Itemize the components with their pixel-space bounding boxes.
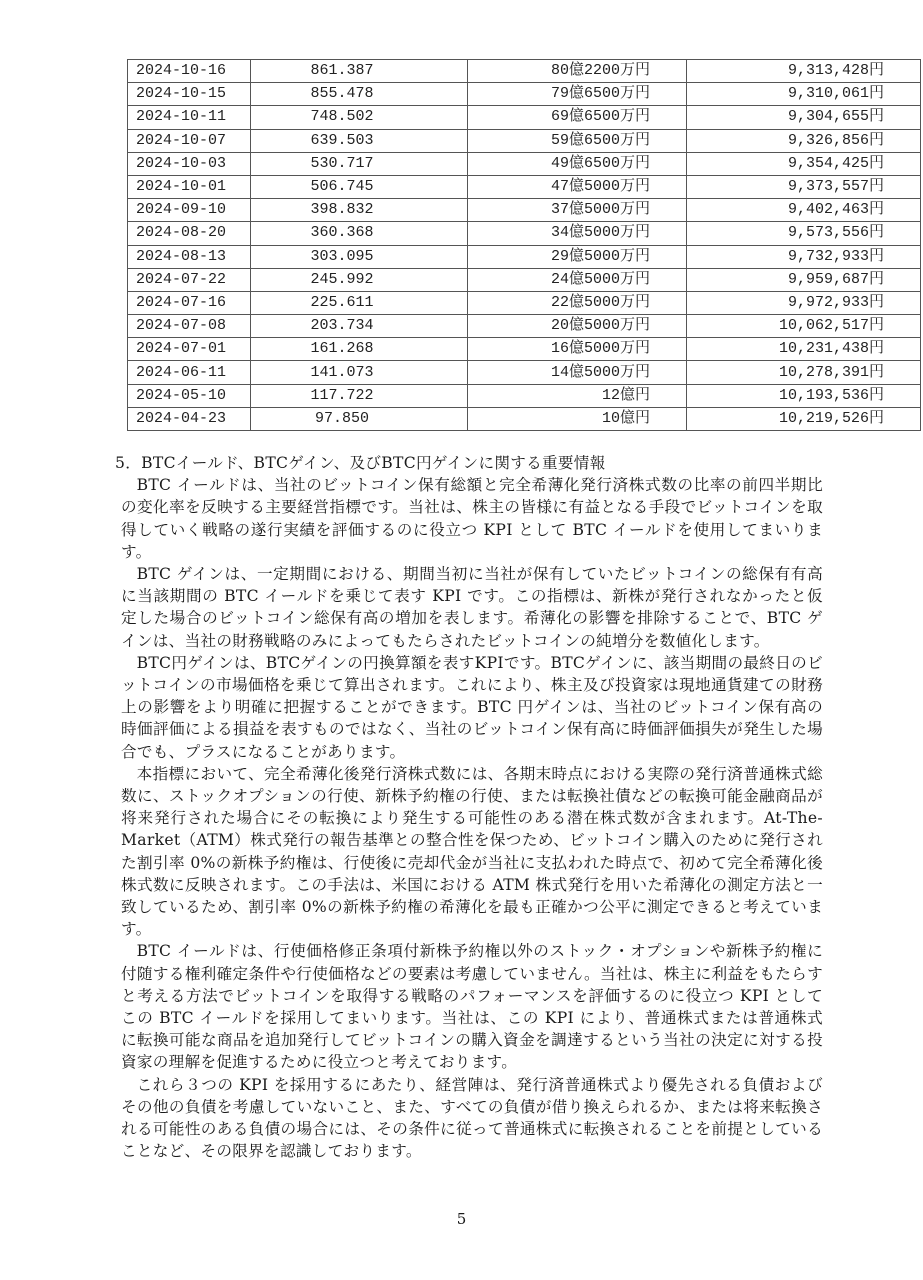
cell-btc-held: 245.992 (251, 268, 468, 291)
table-body: 2024-10-16861.38780億2200万円9,313,428円2024… (128, 60, 921, 431)
cell-date: 2024-05-10 (128, 384, 251, 407)
cell-total-cost: 20億5000万円 (468, 315, 687, 338)
table-row: 2024-08-20360.36834億5000万円9,573,556円 (128, 222, 921, 245)
cell-btc-held: 141.073 (251, 361, 468, 384)
table-row: 2024-07-16225.61122億5000万円9,972,933円 (128, 291, 921, 314)
cell-average-price: 9,402,463円 (687, 199, 921, 222)
cell-average-price: 9,373,557円 (687, 175, 921, 198)
cell-average-price: 9,310,061円 (687, 83, 921, 106)
cell-average-price: 10,278,391円 (687, 361, 921, 384)
cell-btc-held: 506.745 (251, 175, 468, 198)
cell-total-cost: 10億円 (468, 407, 687, 430)
cell-btc-held: 530.717 (251, 152, 468, 175)
paragraph-btc-gain: BTC ゲインは、一定期間における、期間当初に当社が保有していたビットコインの総… (121, 563, 823, 652)
cell-date: 2024-07-16 (128, 291, 251, 314)
cell-total-cost: 34億5000万円 (468, 222, 687, 245)
table-row: 2024-04-2397.85010億円10,219,526円 (128, 407, 921, 430)
cell-average-price: 10,062,517円 (687, 315, 921, 338)
cell-date: 2024-10-16 (128, 60, 251, 83)
paragraph-diluted-shares: 本指標において、完全希薄化後発行済株式数には、各期末時点における実際の発行済普通… (121, 763, 823, 941)
paragraph-btc-yield: BTC イールドは、当社のビットコイン保有総額と完全希薄化発行済株式数の比率の前… (121, 474, 823, 563)
cell-total-cost: 14億5000万円 (468, 361, 687, 384)
cell-average-price: 9,732,933円 (687, 245, 921, 268)
btc-holdings-table: 2024-10-16861.38780億2200万円9,313,428円2024… (127, 59, 921, 431)
cell-average-price: 9,972,933円 (687, 291, 921, 314)
cell-btc-held: 748.502 (251, 106, 468, 129)
cell-total-cost: 16億5000万円 (468, 338, 687, 361)
cell-average-price: 9,313,428円 (687, 60, 921, 83)
table-row: 2024-07-08203.73420億5000万円10,062,517円 (128, 315, 921, 338)
cell-total-cost: 49億6500万円 (468, 152, 687, 175)
cell-btc-held: 225.611 (251, 291, 468, 314)
cell-total-cost: 37億5000万円 (468, 199, 687, 222)
table-row: 2024-06-11141.07314億5000万円10,278,391円 (128, 361, 921, 384)
table-row: 2024-07-22245.99224億5000万円9,959,687円 (128, 268, 921, 291)
cell-date: 2024-10-07 (128, 129, 251, 152)
cell-date: 2024-10-15 (128, 83, 251, 106)
table-row: 2024-10-07639.50359億6500万円9,326,856円 (128, 129, 921, 152)
cell-average-price: 10,231,438円 (687, 338, 921, 361)
cell-btc-held: 861.387 (251, 60, 468, 83)
table-row: 2024-07-01161.26816億5000万円10,231,438円 (128, 338, 921, 361)
table-row: 2024-08-13303.09529億5000万円9,732,933円 (128, 245, 921, 268)
cell-btc-held: 639.503 (251, 129, 468, 152)
cell-btc-held: 161.268 (251, 338, 468, 361)
cell-date: 2024-06-11 (128, 361, 251, 384)
table-row: 2024-09-10398.83237億5000万円9,402,463円 (128, 199, 921, 222)
cell-total-cost: 59億6500万円 (468, 129, 687, 152)
cell-btc-held: 303.095 (251, 245, 468, 268)
table-row: 2024-05-10117.72212億円10,193,536円 (128, 384, 921, 407)
cell-date: 2024-10-11 (128, 106, 251, 129)
table-row: 2024-10-03530.71749億6500万円9,354,425円 (128, 152, 921, 175)
cell-date: 2024-04-23 (128, 407, 251, 430)
cell-btc-held: 97.850 (251, 407, 468, 430)
table-row: 2024-10-11748.50269億6500万円9,304,655円 (128, 106, 921, 129)
page-number: 5 (0, 1210, 923, 1228)
cell-average-price: 9,959,687円 (687, 268, 921, 291)
cell-total-cost: 24億5000万円 (468, 268, 687, 291)
cell-date: 2024-08-13 (128, 245, 251, 268)
paragraph-btc-yen-gain: BTC円ゲインは、BTCゲインの円換算額を表すKPIです。BTCゲインに、該当期… (121, 652, 823, 763)
cell-date: 2024-10-01 (128, 175, 251, 198)
paragraph-btc-yield-limitations: BTC イールドは、行使価格修正条項付新株予約権以外のストック・オプションや新株… (121, 940, 823, 1073)
cell-total-cost: 79億6500万円 (468, 83, 687, 106)
cell-date: 2024-07-01 (128, 338, 251, 361)
cell-total-cost: 29億5000万円 (468, 245, 687, 268)
cell-date: 2024-10-03 (128, 152, 251, 175)
table-row: 2024-10-01506.74547億5000万円9,373,557円 (128, 175, 921, 198)
cell-average-price: 10,193,536円 (687, 384, 921, 407)
cell-total-cost: 69億6500万円 (468, 106, 687, 129)
cell-date: 2024-08-20 (128, 222, 251, 245)
cell-average-price: 9,304,655円 (687, 106, 921, 129)
cell-date: 2024-07-08 (128, 315, 251, 338)
cell-average-price: 9,354,425円 (687, 152, 921, 175)
cell-btc-held: 203.734 (251, 315, 468, 338)
cell-total-cost: 12億円 (468, 384, 687, 407)
cell-average-price: 9,326,856円 (687, 129, 921, 152)
cell-btc-held: 398.832 (251, 199, 468, 222)
table-row: 2024-10-16861.38780億2200万円9,313,428円 (128, 60, 921, 83)
table-row: 2024-10-15855.47879億6500万円9,310,061円 (128, 83, 921, 106)
cell-average-price: 9,573,556円 (687, 222, 921, 245)
cell-date: 2024-07-22 (128, 268, 251, 291)
cell-btc-held: 855.478 (251, 83, 468, 106)
paragraph-kpi-limitations: これら３つの KPI を採用するにあたり、経営陣は、発行済普通株式より優先される… (121, 1074, 823, 1163)
kpi-section: 5．BTCイールド、BTCゲイン、及びBTC円ゲインに関する重要情報 BTC イ… (121, 452, 823, 1163)
section-heading: 5．BTCイールド、BTCゲイン、及びBTC円ゲインに関する重要情報 (121, 452, 823, 474)
cell-date: 2024-09-10 (128, 199, 251, 222)
cell-btc-held: 117.722 (251, 384, 468, 407)
cell-total-cost: 47億5000万円 (468, 175, 687, 198)
cell-average-price: 10,219,526円 (687, 407, 921, 430)
cell-total-cost: 22億5000万円 (468, 291, 687, 314)
cell-total-cost: 80億2200万円 (468, 60, 687, 83)
cell-btc-held: 360.368 (251, 222, 468, 245)
